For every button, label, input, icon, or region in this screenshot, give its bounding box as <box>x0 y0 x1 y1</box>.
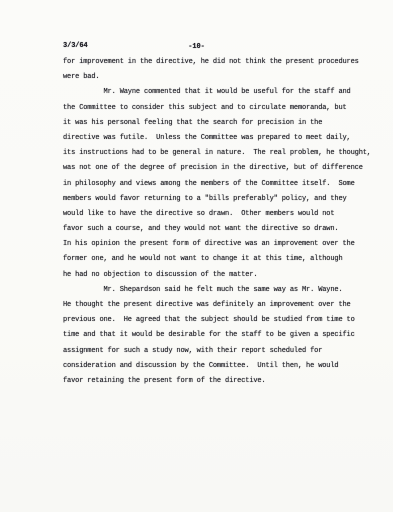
text-line: were bad. <box>63 70 383 85</box>
text-line: He thought the present directive was def… <box>63 298 383 313</box>
text-line: former one, and he would not want to cha… <box>63 252 383 267</box>
text-line: would like to have the directive so draw… <box>63 207 383 222</box>
text-line: in philosophy and views among the member… <box>63 177 383 192</box>
text-line: its instructions had to be general in na… <box>63 146 383 161</box>
document-page: 3/3/64 -10- for improvement in the direc… <box>0 0 393 512</box>
text-line: assignment for such a study now, with th… <box>63 344 383 359</box>
text-line: previous one. He agreed that the subject… <box>63 313 383 328</box>
text-line: favor retaining the present form of the … <box>63 374 383 389</box>
text-line: favor such a course, and they would not … <box>63 222 383 237</box>
text-line: In his opinion the present form of direc… <box>63 237 383 252</box>
text-line: was not one of the degree of precision i… <box>63 161 383 176</box>
document-body: for improvement in the directive, he did… <box>63 55 383 389</box>
page-header: 3/3/64 -10- <box>0 42 393 56</box>
text-line: Mr. Shepardson said he felt much the sam… <box>63 283 383 298</box>
text-line: he had no objection to discussion of the… <box>63 268 383 283</box>
text-line: members would favor returning to a "bill… <box>63 192 383 207</box>
text-line: consideration and discussion by the Comm… <box>63 359 383 374</box>
text-line: it was his personal feeling that the sea… <box>63 116 383 131</box>
text-line: directive was futile. Unless the Committ… <box>63 131 383 146</box>
text-line: the Committee to consider this subject a… <box>63 101 383 116</box>
page-number: -10- <box>0 43 393 51</box>
text-line: time and that it would be desirable for … <box>63 328 383 343</box>
text-line: for improvement in the directive, he did… <box>63 55 383 70</box>
text-line: Mr. Wayne commented that it would be use… <box>63 85 383 100</box>
